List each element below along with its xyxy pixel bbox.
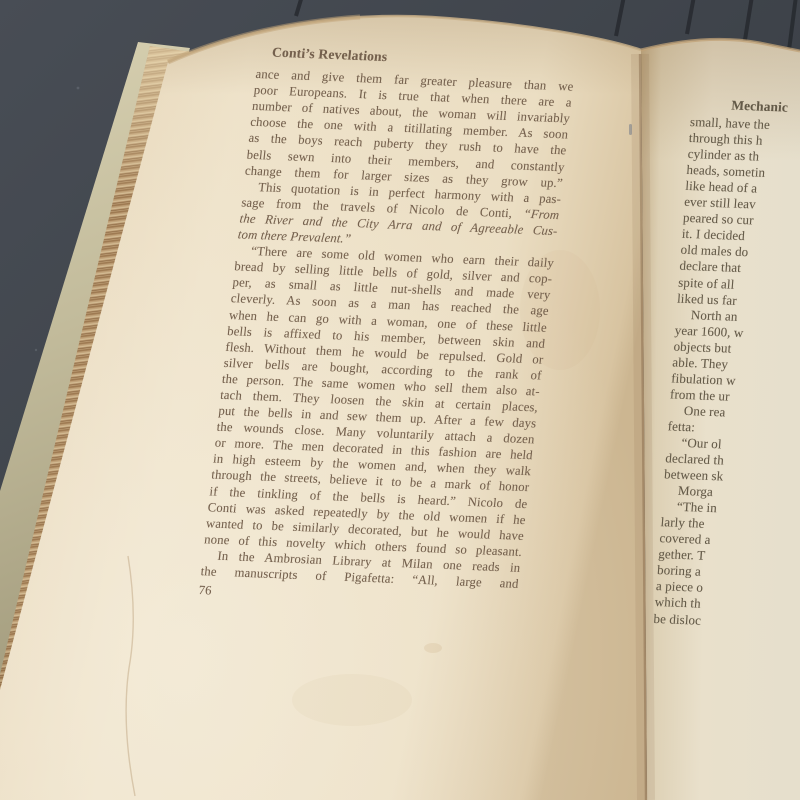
page-stain [292, 674, 412, 726]
left-page-text: Conti’s Revelations ance and give them f… [198, 44, 577, 611]
book-photo: Conti’s Revelations ance and give them f… [0, 0, 800, 800]
blue-ink-mark [629, 124, 632, 135]
left-page-body: ance and give them far greater pleasure … [200, 66, 574, 592]
page-stain-3 [424, 643, 442, 653]
